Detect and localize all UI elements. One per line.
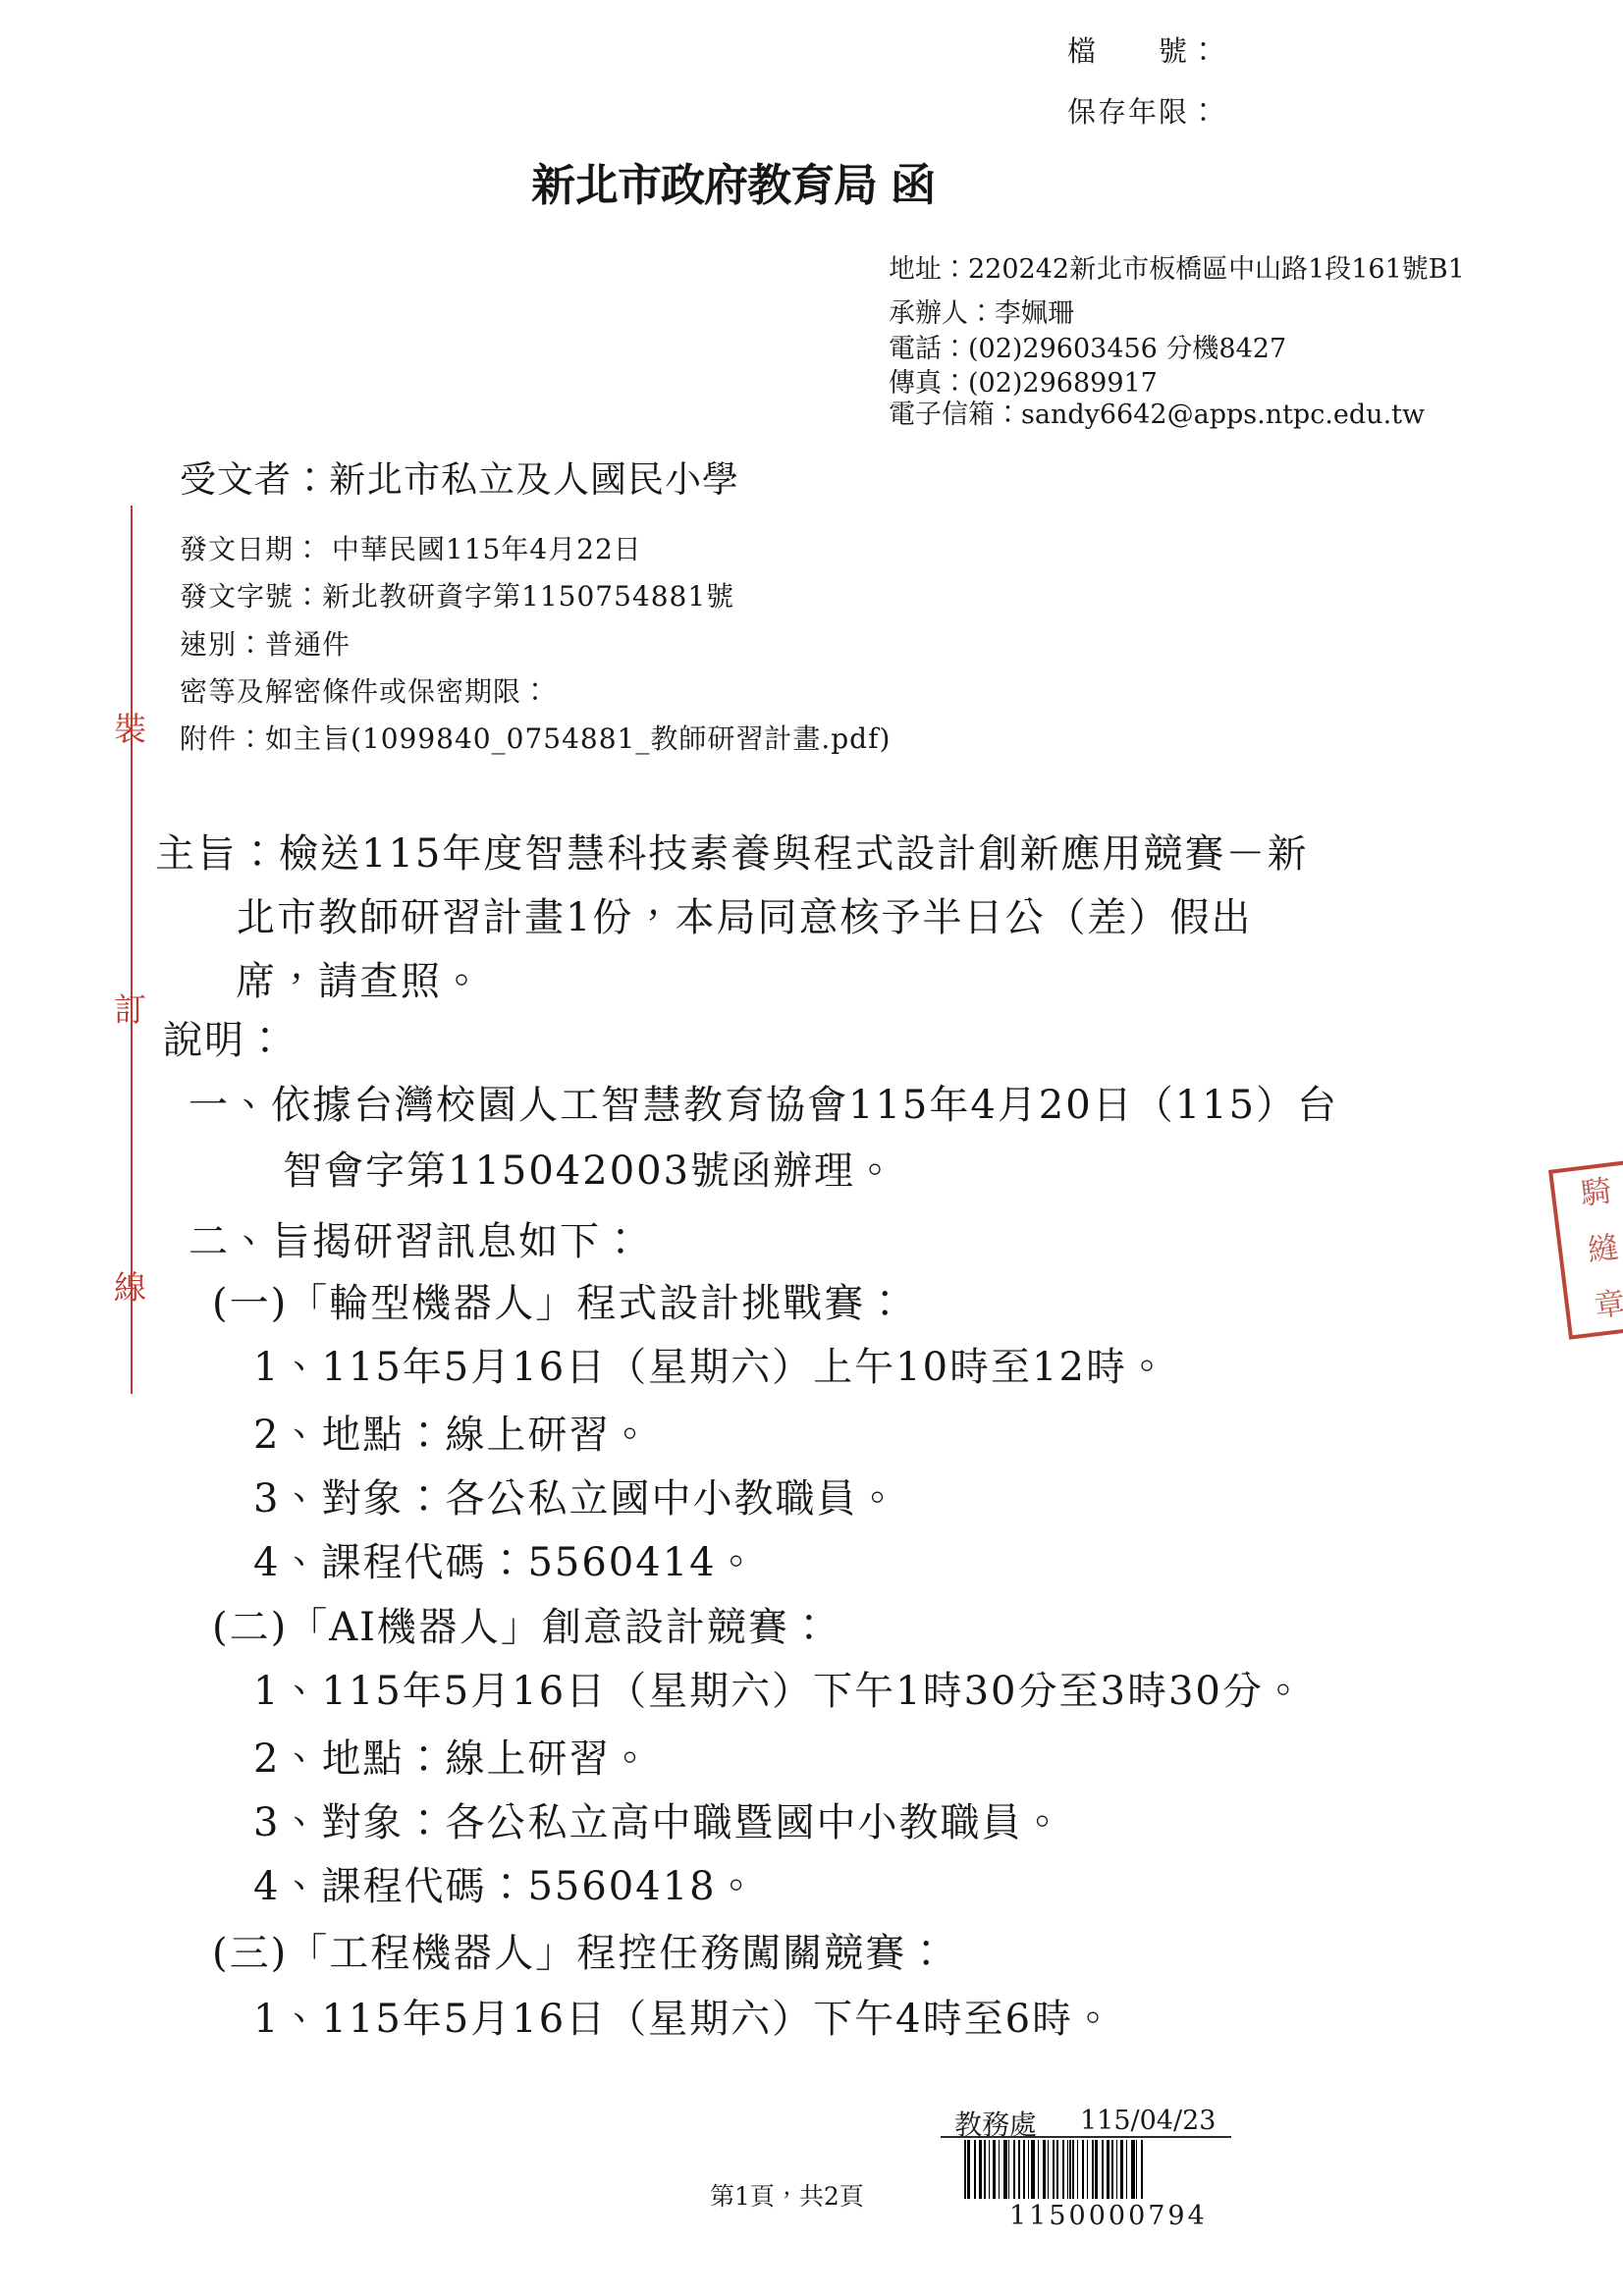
seam-stamp-char-1: 騎 bbox=[1579, 1176, 1613, 1210]
document-title: 新北市政府教育局 函 bbox=[531, 149, 935, 213]
explanation-item-1-line-2: 智會字第115042003號函辦理。 bbox=[283, 1140, 896, 1196]
sub-section-2-header: (二)「AI機器人」創意設計競賽： bbox=[212, 1596, 831, 1652]
explanation-item-1-line-1: 一、依據台灣校園人工智慧教育協會115年4月20日（115）台 bbox=[189, 1074, 1338, 1130]
seam-stamp-char-3: 章 bbox=[1593, 1289, 1623, 1323]
file-number-label: 檔 號： bbox=[1067, 29, 1219, 70]
explanation-label: 說明： bbox=[163, 1009, 287, 1065]
sender-email: 電子信箱：sandy6642@apps.ntpc.edu.tw bbox=[889, 393, 1425, 431]
sender-phone: 電話：(02)29603456 分機8427 bbox=[889, 327, 1286, 365]
seam-stamp-char-2: 縫 bbox=[1586, 1233, 1620, 1267]
sub-section-2-item-3: 3、對象：各公私立高中職暨國中小教職員。 bbox=[253, 1791, 1063, 1847]
issue-date-line: 發文日期： 中華民國115年4月22日 bbox=[180, 528, 642, 567]
sub-section-2-item-1: 1、115年5月16日（星期六）下午1時30分至3時30分。 bbox=[253, 1660, 1305, 1716]
explanation-item-2: 二、旨揭研習訊息如下： bbox=[189, 1210, 642, 1266]
page-number: 第1頁，共2頁 bbox=[710, 2177, 864, 2213]
sender-contact-person: 承辦人：李姵珊 bbox=[889, 292, 1074, 330]
official-letter-page: 檔 號： 保存年限： 新北市政府教育局 函 地址：220242新北市板橋區中山路… bbox=[0, 0, 1623, 2296]
sub-section-1-item-2: 2、地點：線上研習。 bbox=[253, 1404, 651, 1460]
seam-stamp: 騎 縫 章 bbox=[1548, 1155, 1623, 1340]
priority-line: 速別：普通件 bbox=[180, 623, 351, 663]
subject-line-2: 北市教師研習計畫1份，本局同意核予半日公（差）假出 bbox=[236, 886, 1252, 942]
sub-section-1-item-4: 4、課程代碼：5560414。 bbox=[253, 1531, 758, 1587]
binding-char-ding: 訂 bbox=[114, 993, 146, 1026]
recipient-line: 受文者：新北市私立及人國民小學 bbox=[180, 450, 739, 503]
sub-section-1-item-3: 3、對象：各公私立國中小教職員。 bbox=[253, 1468, 898, 1523]
footer-rule bbox=[941, 2136, 1231, 2138]
document-number-line: 發文字號：新北教研資字第1150754881號 bbox=[180, 575, 734, 614]
received-date-stamp: 115/04/23 bbox=[1080, 2106, 1216, 2136]
subject-line-3: 席，請查照。 bbox=[236, 950, 483, 1006]
sub-section-1-item-1: 1、115年5月16日（星期六）上午10時至12時。 bbox=[253, 1336, 1168, 1392]
attachment-line: 附件：如主旨(1099840_0754881_教師研習計畫.pdf) bbox=[180, 718, 891, 757]
sub-section-2-item-2: 2、地點：線上研習。 bbox=[253, 1728, 651, 1784]
binding-char-xian: 線 bbox=[114, 1271, 146, 1304]
sub-section-2-item-4: 4、課程代碼：5560418。 bbox=[253, 1855, 758, 1911]
sub-section-3-item-1: 1、115年5月16日（星期六）下午4時至6時。 bbox=[253, 1988, 1114, 2044]
sub-section-3-header: (三)「工程機器人」程控任務闖關競賽： bbox=[212, 1922, 947, 1978]
binding-char-zhuang: 裝 bbox=[114, 713, 146, 745]
security-line: 密等及解密條件或保密期限： bbox=[180, 670, 550, 710]
barcode bbox=[964, 2140, 1143, 2199]
retention-period-label: 保存年限： bbox=[1067, 90, 1219, 131]
sender-address: 地址：220242新北市板橋區中山路1段161號B1 bbox=[889, 247, 1465, 286]
binding-line bbox=[131, 506, 133, 1394]
barcode-number: 1150000794 bbox=[1009, 2201, 1208, 2231]
subject-line-1: 主旨：檢送115年度智慧科技素養與程式設計創新應用競賽－新 bbox=[155, 823, 1308, 879]
sub-section-1-header: (一)「輪型機器人」程式設計挑戰賽： bbox=[212, 1272, 906, 1328]
